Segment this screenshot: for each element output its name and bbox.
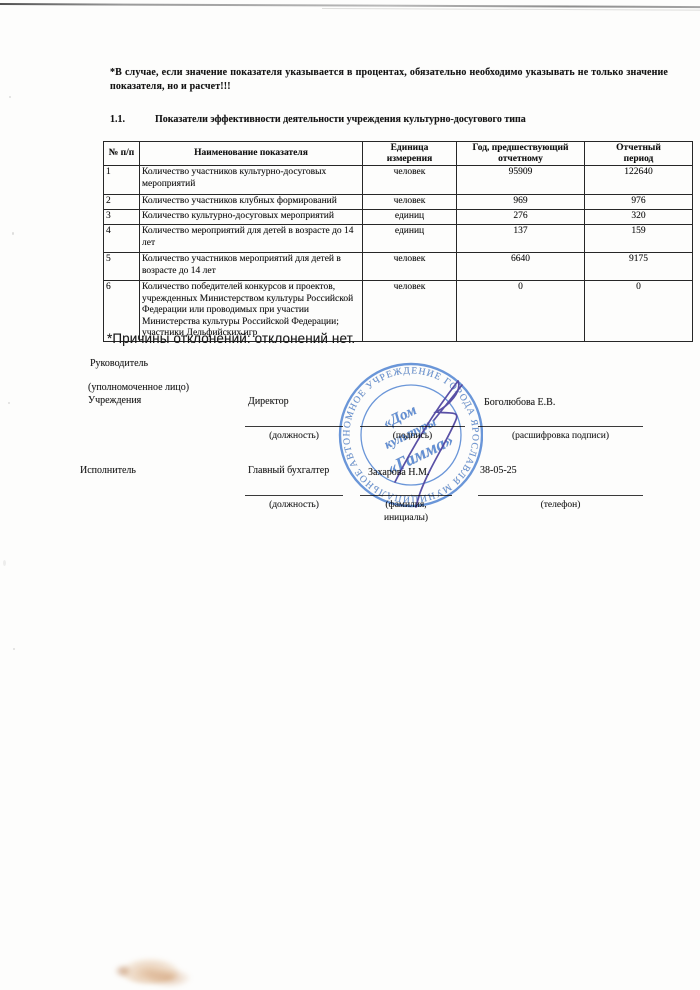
row-number: 3 [104,210,140,225]
unit-cell: человек [363,195,457,210]
position2-label: (должность) [245,500,343,510]
row-number: 4 [104,225,140,253]
scan-speck [13,648,15,650]
section-title: Показатели эффективности деятельности уч… [155,114,526,125]
percentage-note: *В случае, если значение показателя указ… [110,66,668,93]
executor-title: Главный бухгалтер [248,465,329,476]
position-label: (должность) [245,431,343,441]
scan-edge-line-faint [322,8,700,11]
decode-underline [478,426,643,427]
scan-stain [112,948,197,990]
col-header-prev-year: Год, предшествующий отчетному [457,142,585,166]
table-row: 5 Количество участников мероприятий для … [104,253,693,281]
phone-label: (телефон) [478,500,643,510]
col-header-number: № п/п [104,142,140,166]
surname-label-line2: инициалы) [360,513,452,523]
indicator-name: Количество участников мероприятий для де… [140,253,363,281]
indicator-name: Количество культурно-досуговых мероприят… [140,210,363,225]
unit-cell: единиц [363,225,457,253]
unit-cell: человек [363,253,457,281]
indicators-table: № п/п Наименование показателя Единица из… [103,141,693,342]
executor-role-label: Исполнитель [80,465,136,476]
unit-cell: человек [363,166,457,195]
col-header-report-period: Отчетный период [585,142,693,166]
indicator-name: Количество мероприятий для детей в возра… [140,225,363,253]
scan-speck [12,232,14,235]
official-round-stamp: АВТОНОМНОЕ УЧРЕЖДЕНИЕ ГОРОДА ЯРОСЛАВЛЯ М… [333,360,483,510]
phone-underline [478,495,643,496]
deviations-note: *Причины отклонений: отклонений нет. [107,331,355,346]
table-row: 1 Количество участников культурно-досуго… [104,166,693,195]
prev-year-value: 276 [457,210,585,225]
director-title: Директор [248,396,289,407]
director-name: Боголюбова Е.В. [484,397,555,408]
row-number: 2 [104,195,140,210]
table-header-row: № п/п Наименование показателя Единица из… [104,142,693,166]
position-underline [245,426,343,427]
report-period-value: 159 [585,225,693,253]
row-number: 5 [104,253,140,281]
table-row: 3 Количество культурно-досуговых меропри… [104,210,693,225]
row-number: 1 [104,166,140,195]
scan-speck [8,402,10,404]
report-period-value: 320 [585,210,693,225]
scan-speck [9,96,11,98]
executor-phone: 38-05-25 [480,465,517,476]
unit-cell: единиц [363,210,457,225]
report-period-value: 9175 [585,253,693,281]
report-period-value: 0 [585,281,693,342]
decode-label: (расшифровка подписи) [478,431,643,441]
position2-underline [245,495,343,496]
prev-year-value: 137 [457,225,585,253]
col-header-name: Наименование показателя [140,142,363,166]
head-role-org: Учреждения [88,395,141,406]
indicator-name: Количество участников культурно-досуговы… [140,166,363,195]
table-row: 2 Количество участников клубных формиров… [104,195,693,210]
prev-year-value: 95909 [457,166,585,195]
section-number: 1.1. [110,114,155,125]
head-role-label: Руководитель [90,358,148,369]
prev-year-value: 969 [457,195,585,210]
unit-cell: человек [363,281,457,342]
indicator-name: Количество участников клубных формирован… [140,195,363,210]
scanned-document-page: *В случае, если значение показателя указ… [0,0,700,990]
section-heading: 1.1.Показатели эффективности деятельност… [110,114,690,125]
head-role-note: (уполномоченное лицо) [88,382,189,393]
col-header-unit: Единица измерения [363,142,457,166]
report-period-value: 122640 [585,166,693,195]
table-row: 4 Количество мероприятий для детей в воз… [104,225,693,253]
report-period-value: 976 [585,195,693,210]
scan-speck [3,560,6,566]
prev-year-value: 6640 [457,253,585,281]
prev-year-value: 0 [457,281,585,342]
